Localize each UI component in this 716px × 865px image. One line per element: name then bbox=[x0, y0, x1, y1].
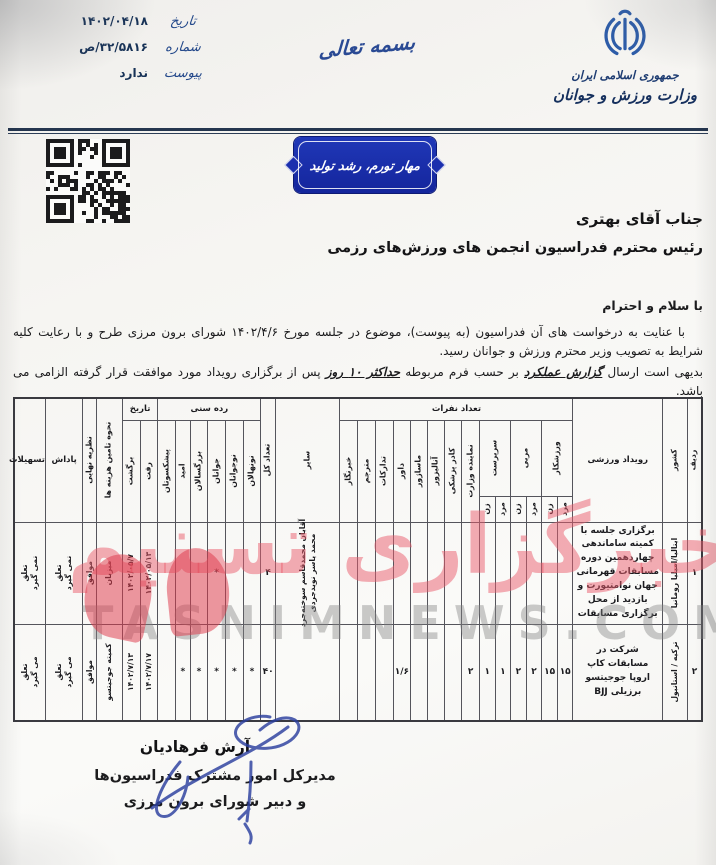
col-header-pishkesvatan: پیشکسوتان bbox=[158, 420, 176, 522]
cell-nonahalan bbox=[243, 522, 261, 625]
cell-bargasht: ۱۴۰۲/۰۵/۷ bbox=[122, 522, 140, 625]
salutation: با سلام و احترام bbox=[602, 298, 703, 313]
cell-nonahalan: * bbox=[243, 625, 261, 721]
body-paragraph-2: بدیهی است ارسال گزارش عملکرد بر حسب فرم … bbox=[13, 363, 703, 400]
col-header-bozorgsalan: بزرگسالان bbox=[190, 420, 208, 522]
table-row: ۲ترکیه / استانبولشرکت در مسابقات کاپ ارو… bbox=[14, 625, 702, 721]
cell-kadr bbox=[444, 625, 462, 721]
cell-padash: تعلق نمی گیرد bbox=[45, 522, 82, 625]
col-header-event: رویداد ورزشی bbox=[573, 398, 662, 522]
col-header-analizor: آنالیزور bbox=[427, 420, 444, 522]
cell-keshvar: ایتالیا/امیلیا رومانیا bbox=[662, 522, 687, 625]
header-divider bbox=[8, 128, 708, 134]
cell-omid bbox=[176, 522, 191, 625]
cell-radif: ۲ bbox=[687, 625, 702, 721]
col-header-keshvar: کشور bbox=[662, 398, 687, 522]
number-value: ۳۲/۵۸۱۶/ص bbox=[79, 40, 148, 54]
cell-mm: ۲ bbox=[526, 625, 542, 721]
cell-tadarokat bbox=[375, 522, 393, 625]
banner-diamond-icon bbox=[284, 156, 302, 174]
signature-block: آرش فرهادیان مدیرکل امور مشترک فدراسیون‌… bbox=[55, 738, 375, 810]
cell-kol: ۴۰ bbox=[261, 625, 276, 721]
signatory-title-2: و دبیر شورای برون مرزی bbox=[55, 794, 375, 810]
body2-underline-2: حداکثر ۱۰ روز bbox=[326, 365, 400, 379]
cell-pishkesvatan bbox=[158, 522, 176, 625]
cell-raft: ۱۴۰۲/۰۵/۱۳ bbox=[140, 522, 158, 625]
cell-namayande bbox=[462, 522, 480, 625]
cell-nazariye: موافق bbox=[83, 625, 97, 721]
cell-keshvar: ترکیه / استانبول bbox=[662, 625, 687, 721]
bismillah: بسمه تعالی bbox=[292, 27, 443, 64]
col-header-nazariye: نظریه نهایی bbox=[83, 398, 97, 522]
cell-tashilat: تعلق می گیرد bbox=[14, 625, 45, 721]
cell-motarjem bbox=[358, 522, 376, 625]
col-header-padash: پاداش bbox=[45, 398, 82, 522]
cell-khabarnegar bbox=[340, 522, 358, 625]
meta-row-number: شماره ۳۲/۵۸۱۶/ص bbox=[28, 40, 204, 55]
col-header-motarjem: مترجم bbox=[358, 420, 376, 522]
cell-vm: ۱۵ bbox=[557, 625, 573, 721]
cell-tamin: کمیته جوجیتسو bbox=[96, 625, 122, 721]
signatory-title-1: مدیرکل امور مشترک فدراسیون‌ها bbox=[55, 768, 375, 784]
letter-body: با عنایت به درخواست های آن فدراسیون (به … bbox=[13, 323, 703, 403]
cell-masazhor bbox=[411, 625, 428, 721]
cell-analizor bbox=[427, 625, 444, 721]
cell-mz: ۲ bbox=[511, 625, 527, 721]
cell-nojavanan bbox=[225, 522, 243, 625]
ministry-name: وزارت ورزش و جوانان bbox=[550, 86, 700, 104]
cell-sayer bbox=[275, 625, 340, 721]
cell-omid: * bbox=[176, 625, 191, 721]
meta-row-attachment: پیوست ندارد bbox=[28, 66, 204, 81]
subcol-mard: مرد bbox=[526, 496, 542, 522]
subcol-zan: زن bbox=[479, 496, 495, 522]
col-header-davar: داور bbox=[393, 420, 411, 522]
number-label: شماره bbox=[161, 40, 205, 55]
subcol-zan: زن bbox=[542, 496, 558, 522]
letterhead-meta: تاریخ ۱۴۰۲/۰۴/۱۸ شماره ۳۲/۵۸۱۶/ص پیوست ن… bbox=[28, 14, 204, 92]
cell-padash: تعلق می گیرد bbox=[45, 625, 82, 721]
cell-davar bbox=[393, 522, 411, 625]
col-header-masazhor: ماساژور bbox=[411, 420, 428, 522]
col-header-morabbi: مربی bbox=[511, 420, 542, 496]
cell-mm bbox=[526, 522, 542, 625]
cell-tamin: میزبان bbox=[96, 522, 122, 625]
cell-sz bbox=[479, 522, 495, 625]
signatory-name: آرش فرهادیان bbox=[55, 738, 375, 756]
col-header-kadr-pezeshki: کادر پزشکی bbox=[444, 420, 462, 522]
cell-bargasht: ۱۴۰۲/۷/۱۳ bbox=[122, 625, 140, 721]
cell-khabarnegar bbox=[340, 625, 358, 721]
recipient-block: جناب آقای بهتری رئیس محترم فدراسیون انجم… bbox=[13, 210, 703, 256]
attachment-value: ندارد bbox=[119, 66, 148, 80]
events-table-wrap: ردیف کشور رویداد ورزشی تعداد نفرات سایر … bbox=[13, 397, 703, 722]
col-header-omid: امید bbox=[176, 420, 191, 522]
cell-motarjem bbox=[358, 625, 376, 721]
cell-vm bbox=[557, 522, 573, 625]
col-header-bargasht: برگشت bbox=[122, 420, 140, 522]
col-header-javanan: جوانان bbox=[208, 420, 226, 522]
cell-radif: ۱ bbox=[687, 522, 702, 625]
cell-javanan: * bbox=[208, 522, 226, 625]
cell-kadr bbox=[444, 522, 462, 625]
cell-bozorgsalan: * bbox=[190, 625, 208, 721]
year-slogan-text: مهار تورم، رشد تولید bbox=[309, 158, 421, 173]
cell-davar: ۱/۶ bbox=[393, 625, 411, 721]
cell-pishkesvatan bbox=[158, 625, 176, 721]
col-header-tedad-kol: تعداد کل bbox=[261, 398, 276, 522]
col-header-tadarokat: تدارکات bbox=[375, 420, 393, 522]
cell-sz: ۱ bbox=[479, 625, 495, 721]
body2-mid: بر حسب فرم مربوطه bbox=[400, 365, 524, 379]
col-header-sayer: سایر bbox=[275, 398, 340, 522]
meta-row-date: تاریخ ۱۴۰۲/۰۴/۱۸ bbox=[28, 14, 204, 29]
recipient-name: جناب آقای بهتری bbox=[13, 210, 703, 228]
date-value: ۱۴۰۲/۰۴/۱۸ bbox=[81, 14, 148, 28]
iran-emblem-icon bbox=[599, 47, 651, 66]
cell-sayer: آقایان محمدقاسم سوخته‌جرد محمد یاسر نوید… bbox=[275, 522, 340, 625]
col-header-khabarnegar: خبرنگار bbox=[340, 420, 358, 522]
attachment-label: پیوست bbox=[161, 66, 205, 81]
cell-namayande: ۲ bbox=[462, 625, 480, 721]
col-header-tashilat: تسهیلات bbox=[14, 398, 45, 522]
year-slogan-banner: مهار تورم، رشد تولید bbox=[294, 137, 436, 193]
subcol-mard: مرد bbox=[495, 496, 511, 522]
recipient-title: رئیس محترم فدراسیون انجمن های ورزش‌های ر… bbox=[13, 240, 703, 256]
body-paragraph-1: با عنایت به درخواست های آن فدراسیون (به … bbox=[13, 323, 703, 360]
banner-diamond-icon bbox=[427, 156, 445, 174]
government-name: جمهوری اسلامی ایران bbox=[550, 68, 700, 82]
events-table: ردیف کشور رویداد ورزشی تعداد نفرات سایر … bbox=[13, 397, 703, 722]
col-header-nonahalan: نونهالان bbox=[243, 420, 261, 522]
col-header-tamin: نحوه تامین هزینه ها bbox=[96, 398, 122, 522]
letterhead-right: جمهوری اسلامی ایران وزارت ورزش و جوانان bbox=[550, 6, 700, 104]
cell-nazariye: موافق bbox=[83, 522, 97, 625]
cell-nojavanan: * bbox=[225, 625, 243, 721]
subcol-mard: مرد bbox=[557, 496, 573, 522]
cell-masazhor bbox=[411, 522, 428, 625]
cell-vz bbox=[542, 522, 558, 625]
date-label: تاریخ bbox=[161, 14, 205, 29]
body2-pre: بدیهی است ارسال bbox=[602, 365, 703, 379]
col-header-nojavanan: نوجوانان bbox=[225, 420, 243, 522]
cell-raft: ۱۴۰۲/۷/۱۷ bbox=[140, 625, 158, 721]
cell-javanan: * bbox=[208, 625, 226, 721]
subcol-zan: زن bbox=[511, 496, 527, 522]
cell-tadarokat bbox=[375, 625, 393, 721]
cell-kol: ۴ bbox=[261, 522, 276, 625]
cell-vz: ۱۵ bbox=[542, 625, 558, 721]
cell-tashilat: تعلق نمی گیرد bbox=[14, 522, 45, 625]
cell-sm bbox=[495, 522, 511, 625]
col-header-radif: ردیف bbox=[687, 398, 702, 522]
cell-bozorgsalan bbox=[190, 522, 208, 625]
col-header-sarparast: سرپرست bbox=[479, 420, 510, 496]
col-header-namayande: نماینده وزارت bbox=[462, 420, 480, 522]
cell-analizor bbox=[427, 522, 444, 625]
col-header-raft: رفت bbox=[140, 420, 158, 522]
cell-event: شرکت در مسابقات کاپ اروپا جوجیتسو برزیلی… bbox=[573, 625, 662, 721]
cell-event: برگزاری جلسه با کمیته ساماندهی چهاردهمین… bbox=[573, 522, 662, 625]
body2-underline-1: گزارش عملکرد bbox=[524, 365, 602, 379]
col-header-varzeshkar: ورزشکار bbox=[542, 420, 573, 496]
table-row: ۱ایتالیا/امیلیا رومانیابرگزاری جلسه با ک… bbox=[14, 522, 702, 625]
cell-sm: ۱ bbox=[495, 625, 511, 721]
scanned-letter-page: تاریخ ۱۴۰۲/۰۴/۱۸ شماره ۳۲/۵۸۱۶/ص پیوست ن… bbox=[0, 0, 716, 865]
cell-mz bbox=[511, 522, 527, 625]
